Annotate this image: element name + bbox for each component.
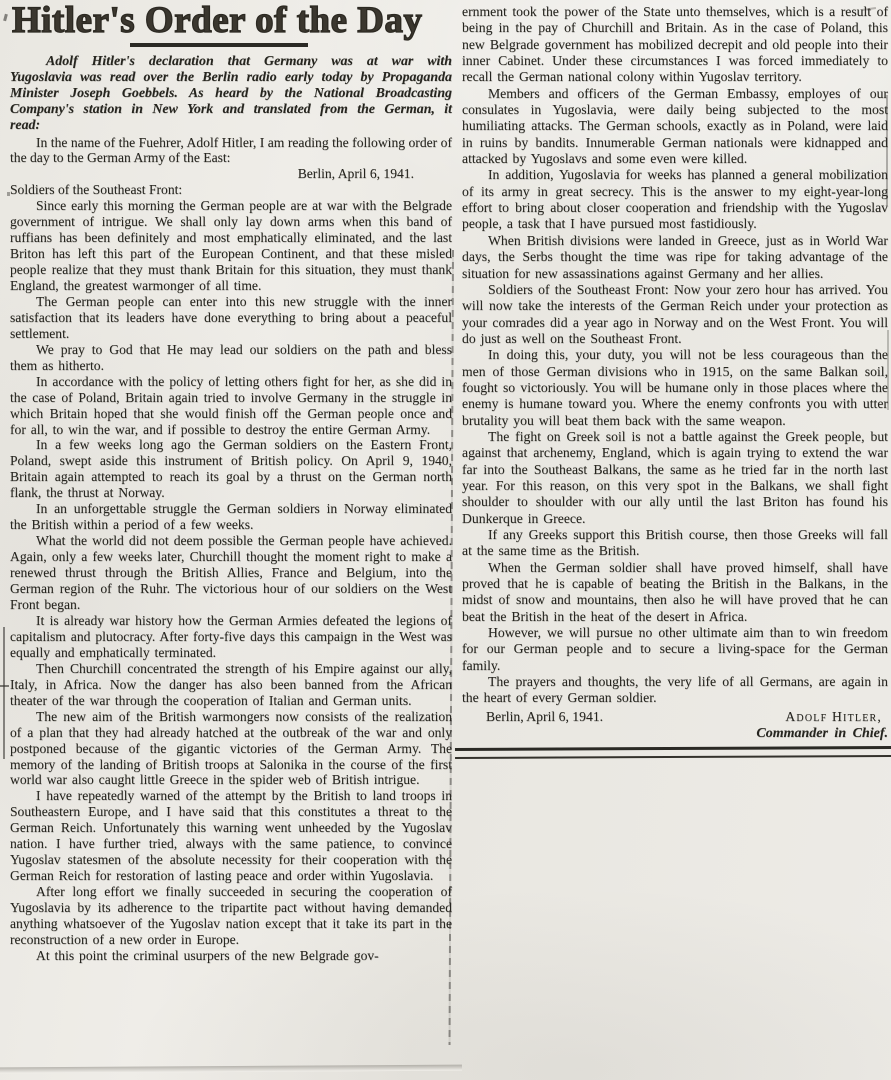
body-paragraph: Then Churchill concentrated the strength… bbox=[10, 661, 452, 709]
body-paragraph: I have repeatedly warned of the attempt … bbox=[10, 788, 452, 884]
ink-speck bbox=[3, 14, 8, 22]
left-column-paragraphs: Since early this morning the German peop… bbox=[10, 198, 452, 964]
newspaper-clipping: Hitler's Order of the Day Adolf Hitler's… bbox=[0, 0, 891, 1080]
body-paragraph: In addition, Yugoslavia for weeks has pl… bbox=[462, 167, 888, 232]
title-underline-rule bbox=[130, 43, 308, 47]
salutation: Soldiers of the Southeast Front: bbox=[10, 182, 452, 198]
closing-row: Berlin, April 6, 1941. Adolf Hitler, bbox=[462, 709, 888, 726]
intro-paragraph: In the name of the Fuehrer, Adolf Hitler… bbox=[10, 135, 452, 167]
body-paragraph: Since early this morning the German peop… bbox=[10, 198, 452, 294]
article-title: Hitler's Order of the Day bbox=[12, 1, 452, 41]
end-double-rule bbox=[455, 746, 891, 759]
body-paragraph: In an unforgettable struggle the German … bbox=[10, 501, 452, 533]
signature-title: Commander in Chief. bbox=[462, 725, 888, 742]
body-paragraph: Soldiers of the Southeast Front: Now you… bbox=[462, 282, 888, 347]
body-paragraph: The fight on Greek soil is not a battle … bbox=[462, 429, 888, 527]
body-paragraph: However, we will pursue no other ultimat… bbox=[462, 625, 888, 674]
scan-bottom-crease bbox=[0, 1065, 462, 1074]
body-paragraph: What the world did not deem possible the… bbox=[10, 533, 452, 613]
right-column: ernment took the power of the State unto… bbox=[462, 4, 888, 758]
scan-margin-tick bbox=[0, 685, 9, 687]
body-paragraph: If any Greeks support this British cours… bbox=[462, 527, 888, 560]
body-paragraph: We pray to God that He may lead our sold… bbox=[10, 342, 452, 374]
body-paragraph: When the German soldier shall have prove… bbox=[462, 560, 888, 625]
left-column: Hitler's Order of the Day Adolf Hitler's… bbox=[10, 0, 452, 964]
body-paragraph: In doing this, your duty, you will not b… bbox=[462, 347, 888, 429]
scan-margin-line bbox=[3, 627, 5, 759]
signature-name: Adolf Hitler, bbox=[785, 709, 888, 726]
body-paragraph: The prayers and thoughts, the very life … bbox=[462, 674, 888, 707]
body-paragraph: After long effort we finally succeeded i… bbox=[10, 884, 452, 948]
body-paragraph: When British divisions were landed in Gr… bbox=[462, 233, 888, 282]
editorial-lede: Adolf Hitler's declaration that Germany … bbox=[10, 54, 452, 134]
body-paragraph: The new aim of the British warmongers no… bbox=[10, 709, 452, 789]
right-column-paragraphs: ernment took the power of the State unto… bbox=[462, 4, 888, 707]
body-paragraph: It is already war history how the German… bbox=[10, 613, 452, 661]
body-paragraph: Members and officers of the German Embas… bbox=[462, 86, 888, 168]
body-paragraph: The German people can enter into this ne… bbox=[10, 294, 452, 342]
body-paragraph: At this point the criminal usurpers of t… bbox=[10, 948, 452, 964]
body-paragraph: In a few weeks long ago the German soldi… bbox=[10, 437, 452, 501]
dateline: Berlin, April 6, 1941. bbox=[10, 166, 452, 182]
body-paragraph: ernment took the power of the State unto… bbox=[462, 4, 888, 86]
closing-dateline: Berlin, April 6, 1941. bbox=[462, 709, 603, 726]
body-paragraph: In accordance with the policy of letting… bbox=[10, 374, 452, 438]
